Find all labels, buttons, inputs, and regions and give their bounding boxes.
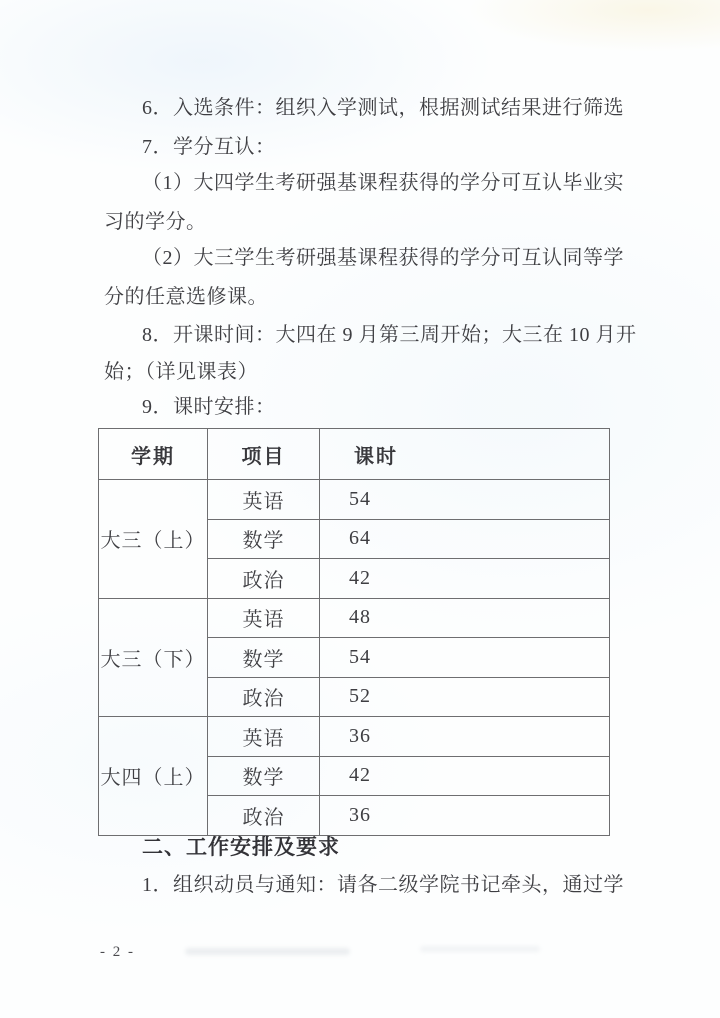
hours-cell: 42 <box>320 559 610 599</box>
hours-cell: 48 <box>320 598 610 638</box>
scan-smudge <box>185 948 350 955</box>
body-line: 习的学分。 <box>104 209 207 235</box>
subject-cell: 数学 <box>208 756 320 796</box>
body-line: 9．课时安排： <box>142 394 276 420</box>
hours-cell: 64 <box>320 519 610 559</box>
body-line: 7．学分互认： <box>142 134 276 160</box>
body-line: 6．入选条件：组织入学测试，根据测试结果进行筛选 <box>142 95 624 121</box>
subject-cell: 英语 <box>208 480 320 520</box>
course-hours-table: 学期 项目 课时 大三（上） 英语 54 数学 64 政治 42 大三（下） 英… <box>98 428 610 836</box>
subject-cell: 政治 <box>208 796 320 836</box>
subject-cell: 政治 <box>208 677 320 717</box>
col-header-subject: 项目 <box>208 429 320 480</box>
semester-cell: 大三（下） <box>99 598 208 717</box>
semester-cell: 大四（上） <box>99 717 208 836</box>
semester-cell: 大三（上） <box>99 480 208 599</box>
body-line: 8．开课时间：大四在 9 月第三周开始；大三在 10 月开 <box>142 322 637 348</box>
body-line: （2）大三学生考研强基课程获得的学分可互认同等学 <box>142 245 624 271</box>
hours-cell: 54 <box>320 638 610 678</box>
table-row: 大四（上） 英语 36 <box>99 717 610 757</box>
table-row: 大三（下） 英语 48 <box>99 598 610 638</box>
subject-cell: 政治 <box>208 559 320 599</box>
hours-cell: 36 <box>320 796 610 836</box>
body-line: 始；（详见课表） <box>104 359 258 385</box>
table-header-row: 学期 项目 课时 <box>99 429 610 480</box>
subject-cell: 数学 <box>208 519 320 559</box>
hours-cell: 36 <box>320 717 610 757</box>
subject-cell: 英语 <box>208 598 320 638</box>
body-line: （1）大四学生考研强基课程获得的学分可互认毕业实 <box>142 170 624 196</box>
document-page: 6．入选条件：组织入学测试，根据测试结果进行筛选 7．学分互认： （1）大四学生… <box>0 0 720 1018</box>
hours-cell: 42 <box>320 756 610 796</box>
subject-cell: 数学 <box>208 638 320 678</box>
subject-cell: 英语 <box>208 717 320 757</box>
body-line: 分的任意选修课。 <box>104 284 268 310</box>
page-number: - 2 - <box>100 944 135 961</box>
hours-cell: 52 <box>320 677 610 717</box>
hours-cell: 54 <box>320 480 610 520</box>
scan-smudge <box>420 946 540 952</box>
section-heading: 二、工作安排及要求 <box>142 834 340 861</box>
table-row: 大三（上） 英语 54 <box>99 480 610 520</box>
col-header-hours: 课时 <box>320 429 610 480</box>
body-line: 1．组织动员与通知：请各二级学院书记牵头，通过学 <box>142 872 624 898</box>
col-header-semester: 学期 <box>99 429 208 480</box>
